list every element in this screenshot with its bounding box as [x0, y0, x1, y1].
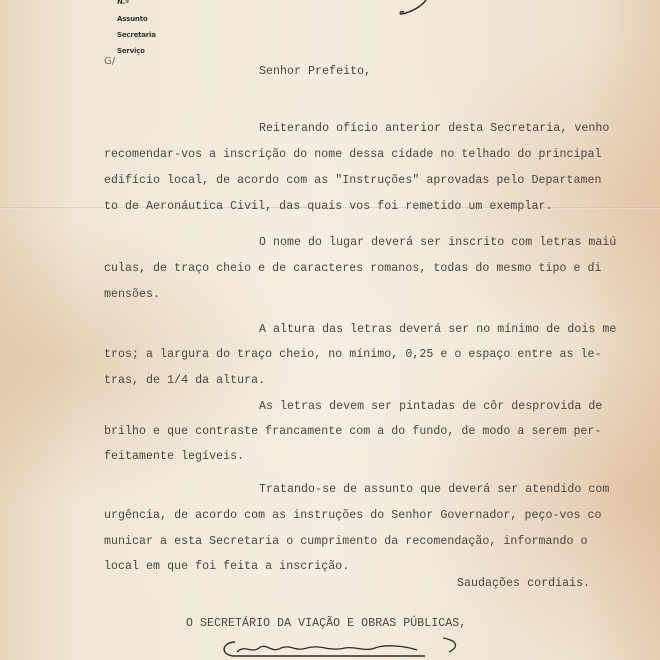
body-line: brilho e que contraste francamente com a… [104, 425, 602, 438]
body-line: recomendar-vos a inscrição do nome dessa… [104, 148, 602, 161]
letterhead-secretariat-label: Secretaria [117, 31, 156, 39]
closing: Saudações cordiais. [457, 577, 590, 590]
body-line: to de Aeronáutica Civil, das quais vos f… [104, 200, 552, 213]
body-line: urgência, de acordo com as instruções do… [104, 509, 602, 522]
body-line: tros; a largura do traço cheio, no mínim… [104, 348, 602, 361]
salutation: Senhor Prefeito, [259, 65, 371, 78]
body-line: Reiterando ofício anterior desta Secreta… [259, 122, 609, 135]
body-line: mensões. [104, 288, 160, 301]
letterhead-service-label: Serviço [117, 47, 145, 55]
body-line: municar a esta Secretaria o cumprimento … [104, 535, 588, 548]
body-line: feitamente legíveis. [104, 450, 244, 463]
letterhead-subject-label: Assunto [117, 15, 147, 23]
body-line: tras, de 1/4 da altura. [104, 374, 265, 387]
handwritten-signature [205, 636, 475, 660]
letterhead-number-label: N.º [117, 0, 129, 6]
body-line: local em que foi feita a inscrição. [104, 560, 349, 573]
body-line: O nome do lugar deverá ser inscrito com … [259, 236, 616, 249]
body-line: edifício local, de acordo com as "Instru… [104, 174, 602, 187]
body-line: As letras devem ser pintadas de côr desp… [259, 400, 602, 413]
body-line: culas, de traço cheio e de caracteres ro… [104, 262, 602, 275]
body-line: A altura das letras deverá ser no mínimo… [259, 323, 616, 336]
handwritten-mark: G/ [104, 56, 115, 67]
body-line: Tratando-se de assunto que deverá ser at… [259, 483, 609, 496]
handwritten-signature-top [390, 0, 430, 25]
signatory-title: O SECRETÁRIO DA VIAÇÃO E OBRAS PÚBLICAS, [186, 617, 466, 630]
